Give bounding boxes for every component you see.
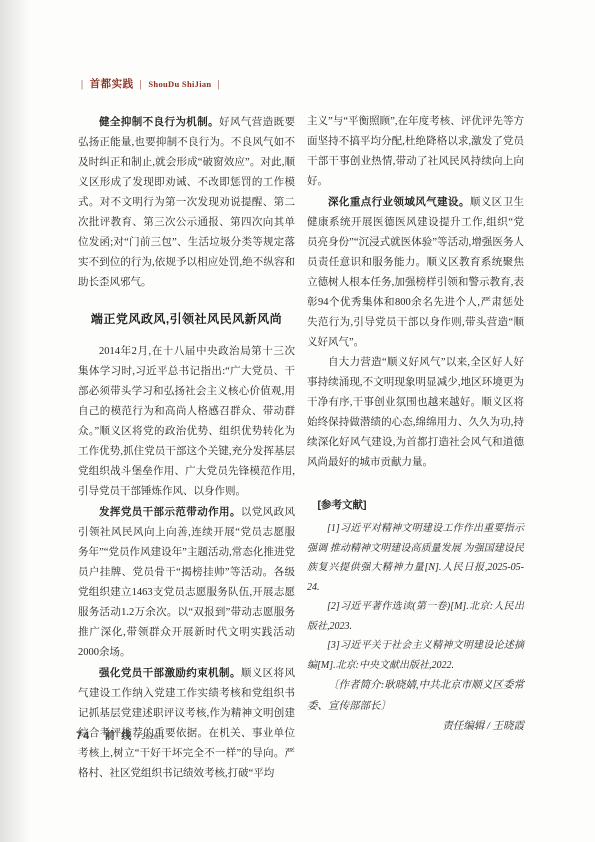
article-body: 健全抑制不良行为机制。好风气营造既要弘扬正能量,也要抑制不良行为。不良风气如不及… (78, 112, 524, 784)
paragraph: 发挥党员干部示范带动作用。以党风政风引领社风民风向上向善,连续开展“党员志愿服务… (78, 502, 295, 663)
paragraph-text: 以党风政风引领社风民风向上向善,连续开展“党员志愿服务年”“党员作风建设年”主题… (78, 507, 295, 658)
page-edge-shadow (0, 0, 30, 842)
page-number: 74 (76, 730, 90, 742)
paragraph-text: 好风气营造既要弘扬正能量,也要抑制不良行为。不良风气如不及时纠正和制止,就会形成… (78, 117, 295, 288)
editor-credit: 责任编辑 / 王晓霞 (307, 717, 524, 737)
header-divider: | (81, 79, 84, 90)
author-note: 〔作者简介:耿晓婧,中共北京市顺义区委常委、宣传部部长〕 (307, 675, 524, 717)
paragraph: 健全抑制不良行为机制。好风气营造既要弘扬正能量,也要抑制不良行为。不良风气如不及… (78, 112, 295, 293)
paragraph: 强化党员干部激励约束机制。顺义区将风气建设工作纳入党建工作实绩考核和党组织书记抓… (78, 663, 295, 784)
paragraph-text: 主义”与“平衡照顾”,在年度考核、评优评先等方面坚持不搞平均分配,杜绝降格以求,… (307, 116, 524, 187)
paragraph-text: 2014年2月,在十八届中央政治局第十三次集体学习时,习近平总书记指出:“广大党… (78, 346, 295, 497)
right-column: 主义”与“平衡照顾”,在年度考核、评优评先等方面坚持不搞平均分配,杜绝降格以求,… (307, 112, 524, 784)
section-tag: 首都实践 (90, 78, 134, 90)
page-footer: 74 前 线 / 2026.1 (76, 727, 165, 742)
paragraph: 2014年2月,在十八届中央政治局第十三次集体学习时,习近平总书记指出:“广大党… (78, 342, 295, 502)
paragraph-lead: 强化党员干部激励约束机制。 (99, 667, 241, 679)
left-column: 健全抑制不良行为机制。好风气营造既要弘扬正能量,也要抑制不良行为。不良风气如不及… (78, 112, 295, 784)
section-tag-pinyin: ShouDu ShiJian (148, 79, 211, 89)
issue-number: / 2026.1 (137, 731, 165, 741)
paragraph-lead: 深化重点行业领域风气建设。 (328, 196, 470, 208)
journal-name: 前 线 (105, 731, 134, 742)
references-heading: [参考文献] (307, 495, 524, 515)
paragraph-continuation: 主义”与“平衡照顾”,在年度考核、评优评先等方面坚持不搞平均分配,杜绝降格以求,… (307, 112, 524, 192)
paragraph-text: 顺义区卫生健康系统开展医德医风建设提升工作,组织“党员亮身份”“沉浸式就医体验”… (307, 197, 524, 348)
section-heading: 端正党风政风,引领社风民风新风尚 (78, 309, 295, 329)
paragraph: 自大力营造“顺义好风气”以来,全区好人好事持续涌现,不文明现象明显减少,地区环境… (307, 353, 524, 473)
page-header: | 首都实践 | ShouDu ShiJian | (78, 76, 223, 91)
paragraph-lead: 发挥党员干部示范带动作用。 (99, 506, 241, 518)
paragraph-lead: 健全抑制不良行为机制。 (99, 116, 219, 128)
header-divider: | (140, 79, 143, 90)
references-section: [参考文献] [1]习近平对精神文明建设工作作出重要指示强调 推动精神文明建设高… (307, 495, 524, 675)
paragraph: 深化重点行业领域风气建设。顺义区卫生健康系统开展医德医风建设提升工作,组织“党员… (307, 192, 524, 353)
journal-page: | 首都实践 | ShouDu ShiJian | 健全抑制不良行为机制。好风气… (0, 0, 595, 842)
paragraph-text: 顺义区将风气建设工作纳入党建工作实绩考核和党组织书记抓基层党建述职评议考核,作为… (78, 668, 295, 779)
paragraph-text: 自大力营造“顺义好风气”以来,全区好人好事持续涌现,不文明现象明显减少,地区环境… (307, 357, 524, 468)
header-divider: | (218, 79, 221, 90)
reference-item: [3]习近平关于社会主义精神文明建设论述摘编[M].北京:中央文献出版社,202… (307, 636, 524, 675)
reference-item: [2]习近平著作选读(第一卷)[M].北京:人民出版社,2023. (307, 597, 524, 636)
reference-item: [1]习近平对精神文明建设工作作出重要指示强调 推动精神文明建设高质量发展 为强… (307, 519, 524, 597)
